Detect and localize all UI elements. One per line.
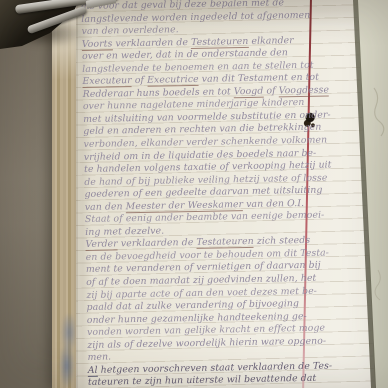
underlined-word: Verder — [85, 239, 118, 252]
handwriting-text: van den — [85, 201, 126, 213]
handwriting-text: van dit Testament en tot — [199, 72, 320, 85]
handwriting-text: van den O.I. — [243, 198, 304, 210]
handwriting-text: of — [263, 85, 279, 96]
underlined-word: Testateuren — [191, 36, 249, 49]
handwriting-text: zich steeds — [254, 235, 311, 247]
clamp-metal-tip — [86, 0, 117, 9]
handwriting-text: men. — [87, 352, 111, 363]
underlined-word: Executrice — [147, 74, 199, 87]
underlined-word: Voogdesse — [279, 84, 330, 97]
blue-ink-smudge — [58, 314, 78, 388]
underlined-word: Executeur — [82, 75, 132, 88]
book-clamp — [0, 0, 140, 60]
faint-writing-marks — [352, 60, 388, 340]
handwriting-text: of — [132, 75, 148, 86]
underlined-word: Al — [88, 365, 98, 377]
underlined-word: Testateuren — [196, 236, 254, 249]
handwriting-text: Redderaar huns boedels en tot — [83, 86, 234, 100]
underlined-word: Voogd — [234, 86, 264, 99]
handwriting-text: ing met dezelve. — [85, 225, 164, 237]
photo-frame: als voor dat geval bij deze bepalen met … — [0, 0, 388, 388]
handwriting-text: elkander — [248, 35, 294, 47]
handwriting-text: verklaarden de — [118, 237, 197, 249]
